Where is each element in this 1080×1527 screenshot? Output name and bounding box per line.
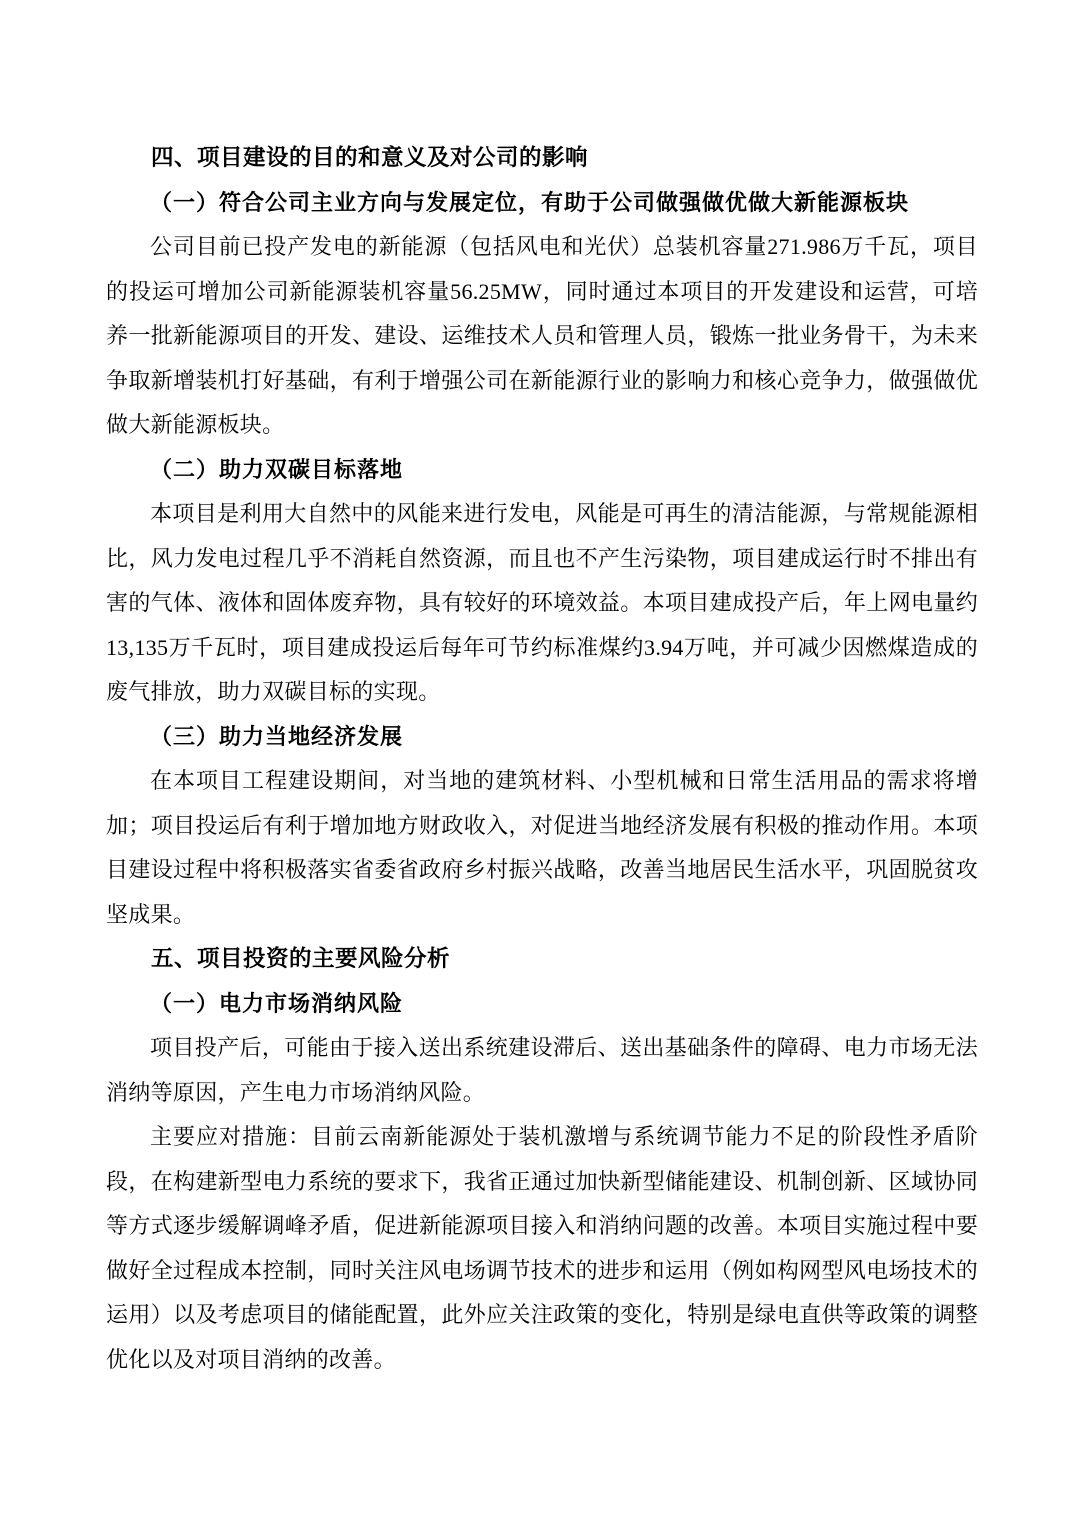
sub-heading-local-economy: （三）助力当地经济发展: [106, 715, 978, 760]
paragraph-risk-countermeasures: 主要应对措施：目前云南新能源处于装机激增与系统调节能力不足的阶段性矛盾阶段，在构…: [106, 1115, 978, 1382]
sub-heading-market-absorption-risk: （一）电力市场消纳风险: [106, 982, 978, 1027]
sub-heading-dual-carbon: （二）助力双碳目标落地: [106, 448, 978, 493]
sub-heading-business-fit: （一）符合公司主业方向与发展定位，有助于公司做强做优做大新能源板块: [106, 181, 978, 226]
document-page: 四、项目建设的目的和意义及对公司的影响 （一）符合公司主业方向与发展定位，有助于…: [0, 0, 1080, 1527]
section-heading-purpose: 四、项目建设的目的和意义及对公司的影响: [106, 136, 978, 181]
paragraph-capacity-growth: 公司目前已投产发电的新能源（包括风电和光伏）总装机容量271.986万千瓦，项目…: [106, 225, 978, 448]
paragraph-risk-description: 项目投产后，可能由于接入送出系统建设滞后、送出基础条件的障碍、电力市场无法消纳等…: [106, 1026, 978, 1115]
paragraph-local-economy-benefit: 在本项目工程建设期间，对当地的建筑材料、小型机械和日常生活用品的需求将增加；项目…: [106, 759, 978, 937]
section-heading-risk-analysis: 五、项目投资的主要风险分析: [106, 937, 978, 982]
paragraph-clean-energy-benefit: 本项目是利用大自然中的风能来进行发电，风能是可再生的清洁能源，与常规能源相比，风…: [106, 492, 978, 715]
